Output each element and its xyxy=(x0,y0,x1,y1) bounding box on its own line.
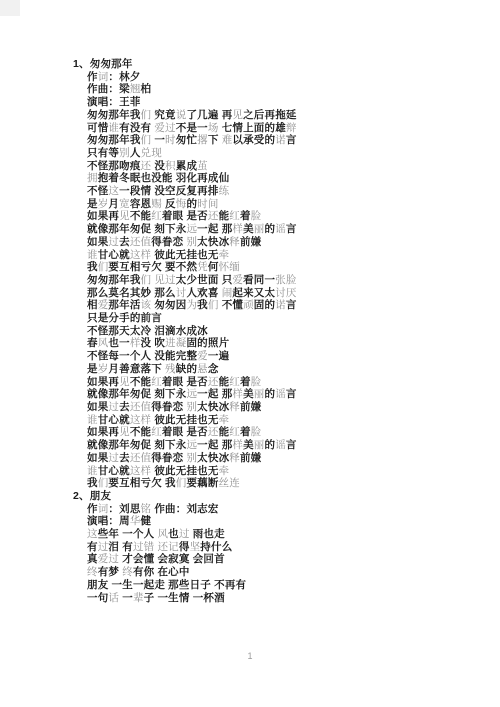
faint-char: 见 xyxy=(119,426,130,438)
faint-char: 岁 xyxy=(98,198,109,210)
lyric-line: 只是分手的前言 xyxy=(87,312,473,325)
lyric-line: 相爱那年活该 匆匆因为我们 不懂顽固的诺言 xyxy=(87,299,473,312)
lyric-line: 如果过去还值得眷恋 别太快冰释前嫌 xyxy=(87,452,473,465)
lyric-line: 一句话 一辈子 一生情 一杯酒 xyxy=(87,592,473,605)
faint-char: 过 xyxy=(108,553,119,565)
faint-char: 凝 xyxy=(176,337,187,349)
lyric-line: 就像那年匆促 刻下永远一起 那样美丽的谣言 xyxy=(87,388,473,401)
lyric-line: 不怪这一段情 没空反复再排练 xyxy=(87,185,473,198)
faint-char: 脸 xyxy=(286,274,297,286)
faint-char: 讨 xyxy=(275,287,286,299)
faint-char: 样 xyxy=(141,465,152,477)
faint-char: 风 xyxy=(98,337,109,349)
faint-char: 丽 xyxy=(254,223,265,235)
credit-line: 作词：刘思铭 作曲：刘志宏 xyxy=(87,503,473,516)
faint-char: 过 xyxy=(179,528,190,540)
scan-artifact xyxy=(0,0,20,16)
faint-char: 茧 xyxy=(197,160,208,172)
faint-char: 远 xyxy=(186,223,197,235)
faint-char: 这 xyxy=(108,185,119,197)
faint-char: 样 xyxy=(141,249,152,261)
faint-char: 们 xyxy=(141,109,152,121)
faint-char: 过 xyxy=(165,122,176,134)
lyric-line: 是岁月善意落下 残缺的悬念 xyxy=(87,363,473,376)
faint-char: 们 xyxy=(141,134,152,146)
faint-char: 积 xyxy=(165,160,176,172)
faint-char: 别 xyxy=(186,452,197,464)
faint-char: 谁 xyxy=(87,414,98,426)
faint-char: 脸 xyxy=(251,376,262,388)
faint-char: 释 xyxy=(229,452,240,464)
faint-char: 牵 xyxy=(219,414,230,426)
faint-char: 红 xyxy=(151,376,162,388)
faint-char: 现 xyxy=(151,147,162,159)
faint-char: 爱 xyxy=(197,350,208,362)
faint-char: 宽 xyxy=(119,198,130,210)
faint-char: 样 xyxy=(232,223,243,235)
faint-char: 红 xyxy=(229,210,240,222)
faint-char: 爱 xyxy=(98,553,109,565)
faint-char: 这 xyxy=(87,528,98,540)
faint-char: 残 xyxy=(165,363,176,375)
faint-char: 辈 xyxy=(133,592,144,604)
faint-char: 谣 xyxy=(275,223,286,235)
document-page: 1、匆匆那年作词：林夕作曲：梁翘柏演唱：王菲匆匆那年我们 究竟说了几遍 再见之后… xyxy=(0,0,500,707)
faint-char: 丽 xyxy=(254,439,265,451)
faint-char: 场 xyxy=(208,122,219,134)
faint-char: 们 xyxy=(208,299,219,311)
faint-char: 坚 xyxy=(190,541,201,553)
lyric-line: 这些年 一个人 风也过 雨也走 xyxy=(87,528,473,541)
lyric-line: 拥抱着冬眠也没能 羽化再成仙 xyxy=(87,172,473,185)
faint-char: 别 xyxy=(119,147,130,159)
faint-char: 赐 xyxy=(151,198,162,210)
faint-char: 间 xyxy=(208,198,219,210)
faint-char: 连 xyxy=(229,477,240,489)
faint-char: 还 xyxy=(208,210,219,222)
faint-char: 谁 xyxy=(87,249,98,261)
faint-char: 岁 xyxy=(98,363,109,375)
faint-char: 过 xyxy=(98,541,109,553)
faint-char: 悔 xyxy=(176,198,187,210)
faint-char: 红 xyxy=(229,426,240,438)
faint-char: 闹 xyxy=(222,287,233,299)
credit-line: 演唱：周华健 xyxy=(87,515,473,528)
faint-char: 丽 xyxy=(254,388,265,400)
lyric-line: 谁甘心就这样 彼此无挂也无牵 xyxy=(87,414,473,427)
lyric-line: 不怪每一个人 没能完整爱一遍 xyxy=(87,350,473,363)
faint-char: 过 xyxy=(133,541,144,553)
faint-char: 样 xyxy=(232,388,243,400)
faint-char: 风 xyxy=(157,528,168,540)
faint-char: 错 xyxy=(144,541,155,553)
lyric-line: 就像那年匆促 刻下永远一起 那样美丽的谣言 xyxy=(87,223,473,236)
faint-char: 样 xyxy=(232,439,243,451)
faint-char: 还 xyxy=(157,541,168,553)
faint-char: 诺 xyxy=(275,299,286,311)
lyric-line: 朋友 一生一起走 那些日子 不再有 xyxy=(87,579,473,592)
faint-char: 这 xyxy=(130,249,141,261)
faint-char: 凭 xyxy=(197,261,208,273)
faint-char: 还 xyxy=(141,160,152,172)
faint-char: 怀 xyxy=(219,261,230,273)
faint-char: 华 xyxy=(130,515,141,527)
faint-char: 拥 xyxy=(87,172,98,184)
faint-char: 还 xyxy=(130,401,141,413)
faint-char: 们 xyxy=(141,274,152,286)
faint-char: 见 xyxy=(119,210,130,222)
faint-char: 们 xyxy=(98,261,109,273)
faint-char: 谁 xyxy=(108,122,119,134)
faint-char: 释 xyxy=(229,236,240,248)
faint-char: 别 xyxy=(186,401,197,413)
faint-char: 脸 xyxy=(251,210,262,222)
faint-char: 过 xyxy=(108,452,119,464)
lyric-line: 是岁月宽容恩赐 反悔的时间 xyxy=(87,198,473,211)
faint-char: 终 xyxy=(87,566,98,578)
lyric-line: 就像那年匆促 刻下永远一起 那样美丽的谣言 xyxy=(87,439,473,452)
lyric-line: 如果再见不能红着眼 是否还能红着脸 xyxy=(87,210,473,223)
lyric-line: 匆匆那年我们 一时匆忙撂下 难以承受的诺言 xyxy=(87,134,473,147)
lyric-line: 我们要互相亏欠 我们要藕断丝连 xyxy=(87,477,473,490)
faint-char: 缅 xyxy=(229,261,240,273)
faint-char: 牵 xyxy=(219,249,230,261)
credit-line: 演唱：王菲 xyxy=(87,96,473,109)
faint-char: 远 xyxy=(186,388,197,400)
song-title-2: 2、朋友 xyxy=(73,490,473,503)
faint-char: 撂 xyxy=(197,134,208,146)
faint-char: 过 xyxy=(165,274,176,286)
faint-char: 辩 xyxy=(286,122,297,134)
faint-char: 爱 xyxy=(98,299,109,311)
faint-char: 时 xyxy=(165,134,176,146)
faint-char: 还 xyxy=(130,236,141,248)
faint-char: 爱 xyxy=(232,274,243,286)
faint-char: 兑 xyxy=(141,147,152,159)
lyric-line: 匆匆那年我们 见过太少世面 只爱看同一张脸 xyxy=(87,274,473,287)
faint-char: 见 xyxy=(154,274,165,286)
lyric-line: 有过泪 有过错 还记得坚持什么 xyxy=(87,541,473,554)
lyric-line: 谁甘心就这样 彼此无挂也无牵 xyxy=(87,465,473,478)
faint-char: 样 xyxy=(130,337,141,349)
faint-char: 时 xyxy=(197,198,208,210)
lyrics-content: 1、匆匆那年作词：林夕作曲：梁翘柏演唱：王菲匆匆那年我们 究竟说了几遍 再见之后… xyxy=(73,58,473,604)
faint-char: 谣 xyxy=(275,439,286,451)
faint-char: 远 xyxy=(186,439,197,451)
lyric-line: 可惜谁有没有 爱过不是一场 七情上面的雄辩 xyxy=(87,122,473,135)
faint-char: 翘 xyxy=(130,83,141,95)
lyric-line: 如果再见不能红着眼 是否还能红着脸 xyxy=(87,426,473,439)
faint-char: 词 xyxy=(98,71,109,83)
lyric-line: 匆匆那年我们 究竟说了几遍 再见之后再拖延 xyxy=(87,109,473,122)
lyric-line: 不怪那吻痕还 没积累成茧 xyxy=(87,160,473,173)
song-title-1: 1、匆匆那年 xyxy=(73,58,473,71)
faint-char: 红 xyxy=(151,210,162,222)
faint-char: 说 xyxy=(176,109,187,121)
faint-char: 终 xyxy=(122,566,133,578)
faint-char: 值 xyxy=(141,236,152,248)
faint-char: 顽 xyxy=(243,299,254,311)
faint-char: 厌 xyxy=(286,287,297,299)
lyric-line: 如果再见不能红着眼 是否还能红着脸 xyxy=(87,376,473,389)
faint-char: 见 xyxy=(119,376,130,388)
lyric-line: 如果过去还值得眷恋 别太快冰释前嫌 xyxy=(87,401,473,414)
faint-char: 脸 xyxy=(251,426,262,438)
page-number: 1 xyxy=(0,651,500,661)
faint-char: 话 xyxy=(108,592,119,604)
faint-char: 谣 xyxy=(275,388,286,400)
lyric-line: 如果过去还值得眷恋 别太快冰释前嫌 xyxy=(87,236,473,249)
faint-char: 值 xyxy=(141,452,152,464)
faint-char: 张 xyxy=(275,274,286,286)
faint-char: 别 xyxy=(186,236,197,248)
faint-char: 爱 xyxy=(154,122,165,134)
lyric-line: 终有梦 终有你 在心中 xyxy=(87,566,473,579)
faint-char: 们 xyxy=(98,477,109,489)
faint-char: 见 xyxy=(232,109,243,121)
faint-char: 释 xyxy=(229,401,240,413)
faint-char: 值 xyxy=(141,401,152,413)
faint-char: 过 xyxy=(108,236,119,248)
faint-char: 词 xyxy=(98,503,109,515)
lyric-line: 真爱过 才会懂 会寂寞 会回首 xyxy=(87,553,473,566)
faint-char: 这 xyxy=(130,465,141,477)
faint-char: 样 xyxy=(141,414,152,426)
faint-char: 丝 xyxy=(219,477,230,489)
faint-char: 谁 xyxy=(87,465,98,477)
faint-char: 红 xyxy=(229,376,240,388)
faint-char: 讨 xyxy=(176,287,187,299)
faint-char: 红 xyxy=(151,426,162,438)
faint-char: 进 xyxy=(165,337,176,349)
faint-char: 过 xyxy=(108,401,119,413)
faint-char: 该 xyxy=(141,299,152,311)
faint-char: 为 xyxy=(186,299,197,311)
lyric-line: 春风也一样没 吹进凝固的照片 xyxy=(87,337,473,350)
faint-char: 还 xyxy=(208,376,219,388)
faint-char: 悬 xyxy=(197,363,208,375)
faint-char: 牵 xyxy=(219,465,230,477)
faint-char: 们 xyxy=(176,477,187,489)
lyric-line: 那么莫名其妙 那么讨人欢喜 闹起来又太讨厌 xyxy=(87,287,473,300)
faint-char: 还 xyxy=(130,452,141,464)
lyric-line: 谁甘心就这样 彼此无挂也无牵 xyxy=(87,249,473,262)
lyric-line: 我们要互相亏欠 要不然凭何怀缅 xyxy=(87,261,473,274)
faint-char: 这 xyxy=(130,414,141,426)
faint-char: 练 xyxy=(219,185,230,197)
faint-char: 诺 xyxy=(275,134,286,146)
credit-line: 作词：林夕 xyxy=(87,71,473,84)
faint-char: 铭 xyxy=(141,503,152,515)
lyric-line: 只有等别人兑现 xyxy=(87,147,473,160)
faint-char: 难 xyxy=(222,134,233,146)
faint-char: 还 xyxy=(208,426,219,438)
credit-line: 作曲：梁翘柏 xyxy=(87,83,473,96)
lyric-line: 不怪那天太冷 泪滴水成冰 xyxy=(87,325,473,338)
faint-char: 记 xyxy=(168,541,179,553)
